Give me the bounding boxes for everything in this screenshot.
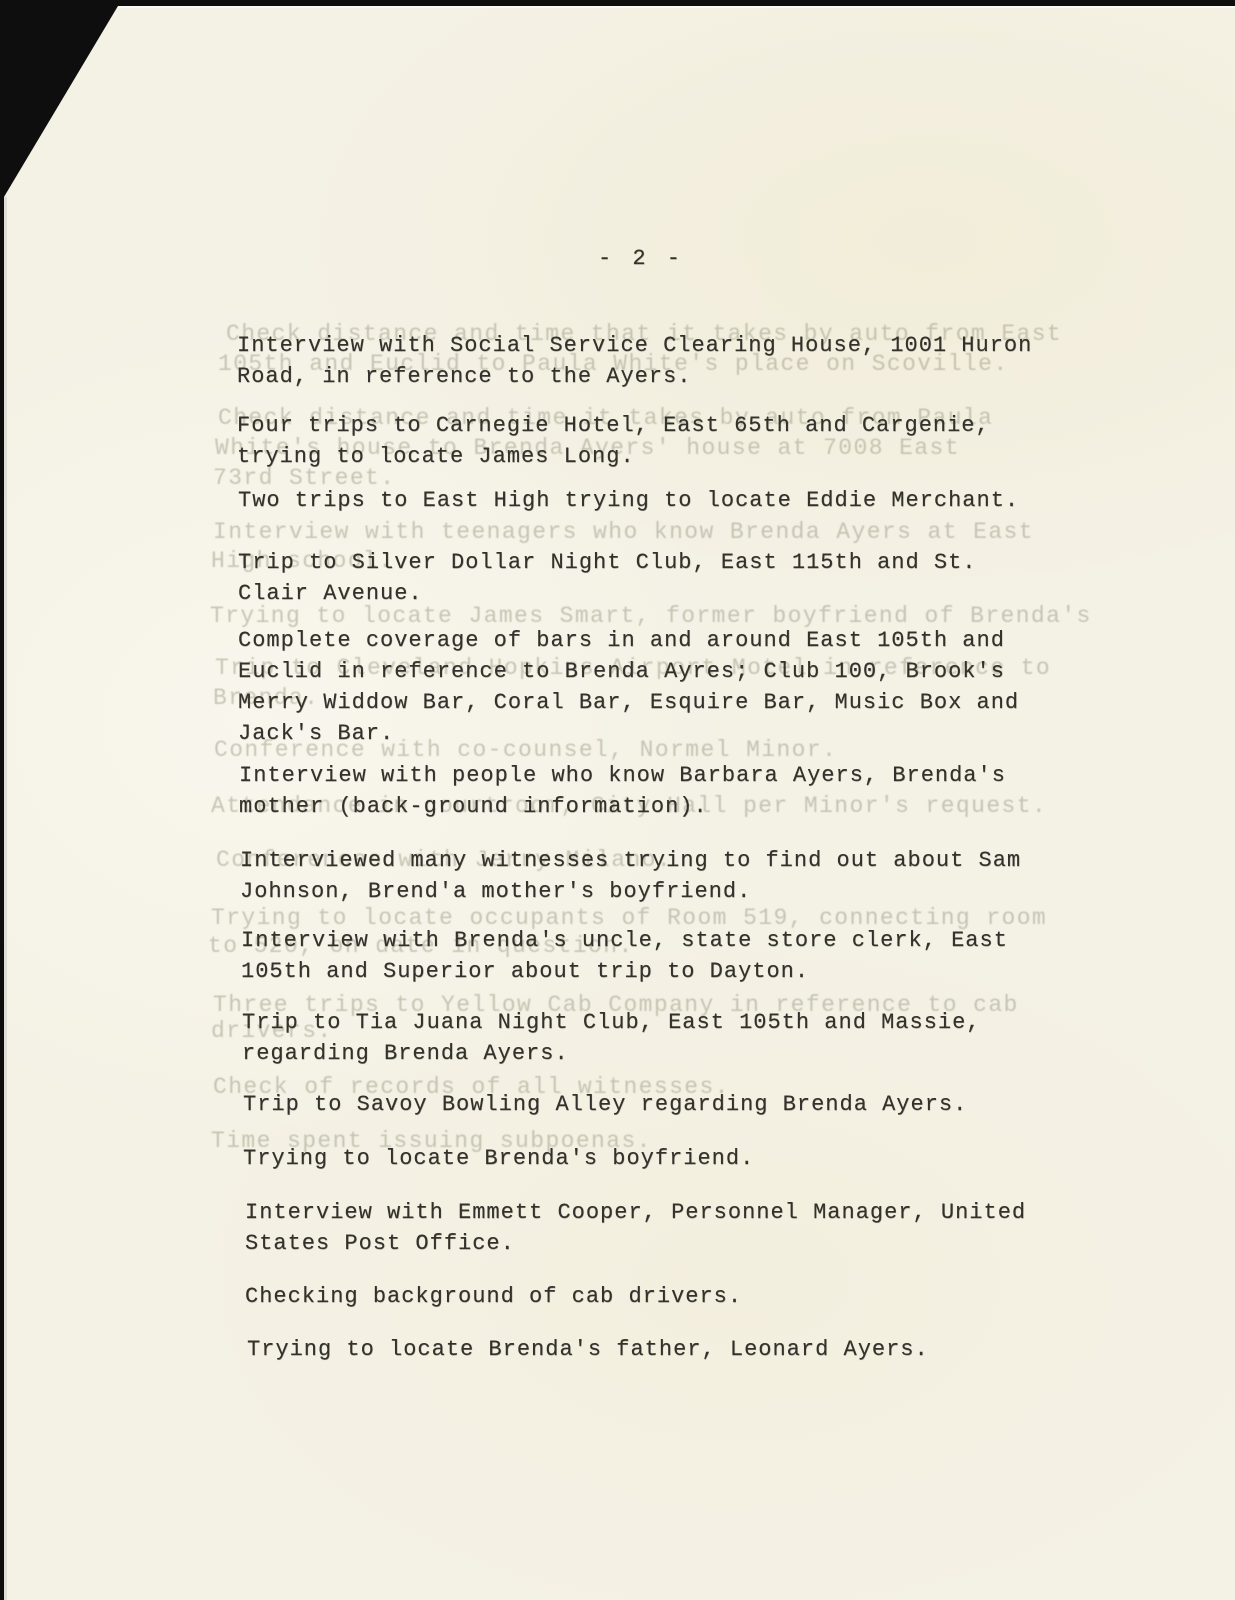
bleedthrough-line: Interview with teenagers who know Brenda… (213, 519, 1034, 545)
typed-paragraph: Complete coverage of bars in and around … (238, 625, 1019, 749)
typed-paragraph: Interview with Social Service Clearing H… (237, 330, 1032, 392)
typed-paragraph: Interviewed many witnesses trying to fin… (240, 845, 1021, 907)
typed-paragraph: Trying to locate Brenda's father, Leonar… (247, 1334, 929, 1365)
typed-paragraph: Trip to Silver Dollar Night Club, East 1… (238, 547, 977, 609)
typed-paragraph: Interview with people who know Barbara A… (239, 760, 1006, 822)
typed-paragraph: Interview with Emmett Cooper, Personnel … (245, 1197, 1026, 1259)
typed-paragraph: Four trips to Carnegie Hotel, East 65th … (237, 410, 990, 472)
paper-cut-corner-edge (1, 4, 118, 197)
typed-paragraph: Interview with Brenda's uncle, state sto… (241, 925, 1008, 987)
paper-left-edge (4, 197, 7, 1600)
typed-paragraph: Two trips to East High trying to locate … (238, 485, 1019, 516)
typed-paragraph: Trip to Tia Juana Night Club, East 105th… (242, 1007, 981, 1069)
typed-paragraph: Checking background of cab drivers. (245, 1281, 742, 1312)
page-number: - 2 - (598, 243, 684, 274)
document-page: Check distance and time that it takes by… (0, 0, 1235, 1600)
typed-paragraph: Trying to locate Brenda's boyfriend. (243, 1143, 754, 1174)
typed-paragraph: Trip to Savoy Bowling Alley regarding Br… (243, 1089, 967, 1120)
paper-top-edge (118, 6, 1235, 8)
